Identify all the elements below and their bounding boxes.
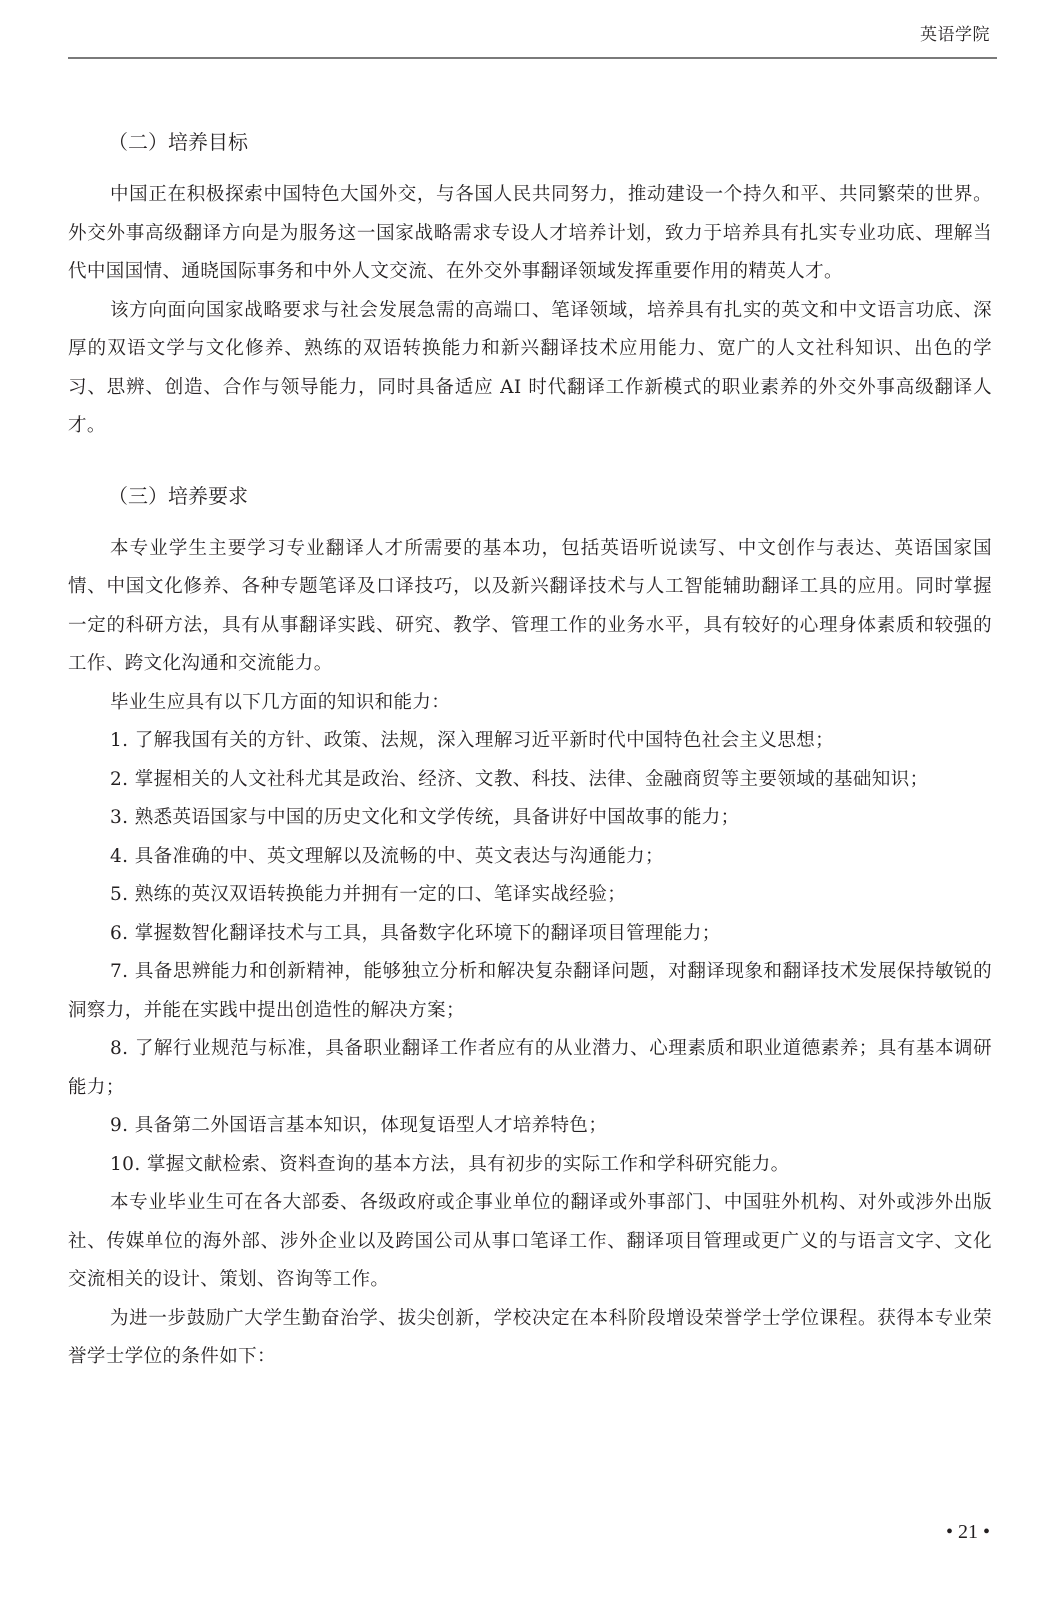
spacer [68, 446, 992, 476]
section-heading-goals: （二）培养目标 [68, 122, 992, 162]
career-paragraph: 本专业毕业生可在各大部委、各级政府或企事业单位的翻译或外事部门、中国驻外机构、对… [68, 1184, 992, 1300]
requirement-item: 3. 熟悉英语国家与中国的历史文化和文学传统，具备讲好中国故事的能力； [68, 799, 992, 838]
honors-paragraph: 为进一步鼓励广大学生勤奋治学、拔尖创新，学校决定在本科阶段增设荣誉学士学位课程。… [68, 1300, 992, 1377]
page-body: （二）培养目标 中国正在积极探索中国特色大国外交，与各国人民共同努力，推动建设一… [68, 122, 992, 1377]
requirement-item: 5. 熟练的英汉双语转换能力并拥有一定的口、笔译实战经验； [68, 876, 992, 915]
requirement-item: 8. 了解行业规范与标准，具备职业翻译工作者应有的从业潜力、心理素质和职业道德素… [68, 1030, 992, 1107]
requirement-item: 10. 掌握文献检索、资料查询的基本方法，具有初步的实际工作和学科研究能力。 [68, 1146, 992, 1185]
requirements-intro: 本专业学生主要学习专业翻译人才所需要的基本功，包括英语听说读写、中文创作与表达、… [68, 530, 992, 684]
requirement-item: 4. 具备准确的中、英文理解以及流畅的中、英文表达与沟通能力； [68, 838, 992, 877]
requirement-item: 9. 具备第二外国语言基本知识，体现复语型人才培养特色； [68, 1107, 992, 1146]
goals-paragraph-1: 中国正在积极探索中国特色大国外交，与各国人民共同努力，推动建设一个持久和平、共同… [68, 176, 992, 292]
goals-paragraph-2: 该方向面向国家战略要求与社会发展急需的高端口、笔译领域，培养具有扎实的英文和中文… [68, 292, 992, 446]
spacer [68, 516, 992, 530]
section-heading-requirements: （三）培养要求 [68, 476, 992, 516]
requirement-item: 6. 掌握数智化翻译技术与工具，具备数字化环境下的翻译项目管理能力； [68, 915, 992, 954]
spacer [68, 162, 992, 176]
requirements-list-lead: 毕业生应具有以下几方面的知识和能力： [68, 684, 992, 723]
requirement-item: 2. 掌握相关的人文社科尤其是政治、经济、文教、科技、法律、金融商贸等主要领域的… [68, 761, 992, 800]
requirement-item: 7. 具备思辨能力和创新精神，能够独立分析和解决复杂翻译问题，对翻译现象和翻译技… [68, 953, 992, 1030]
running-header-title: 英语学院 [920, 20, 990, 45]
requirement-item: 1. 了解我国有关的方针、政策、法规，深入理解习近平新时代中国特色社会主义思想； [68, 722, 992, 761]
header-divider [68, 57, 997, 59]
page-number: • 21 • [946, 1521, 990, 1544]
